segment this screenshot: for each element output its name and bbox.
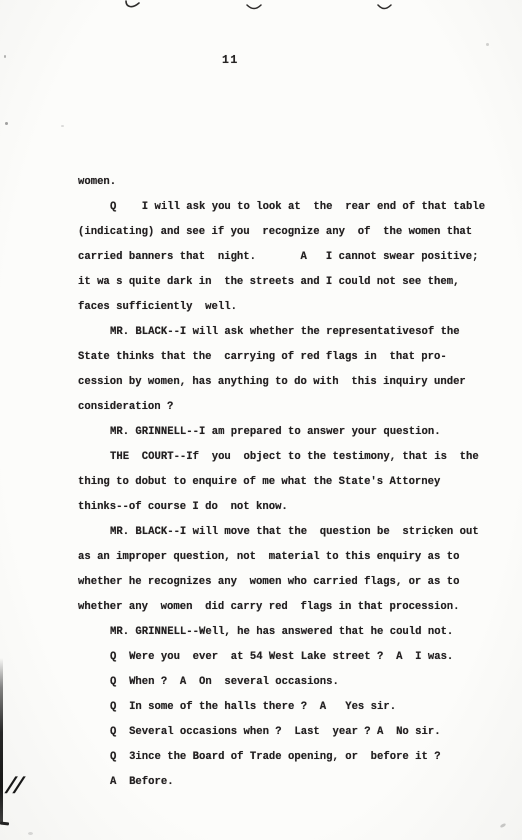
transcript-line: Q Were you ever at 54 West Lake street ?… <box>78 645 485 670</box>
handwritten-tick-icon <box>377 3 393 13</box>
handwritten-tick-icon <box>124 0 141 11</box>
transcript-line: cession by women, has anything to do wit… <box>78 370 485 395</box>
scan-speck <box>486 43 489 46</box>
transcript-line: carried banners that night. A I cannot s… <box>78 245 485 270</box>
transcript-line: MR. GRINNELL--I am prepared to answer yo… <box>78 420 485 445</box>
transcript-line: Q In some of the halls there ? A Yes sir… <box>78 695 485 720</box>
transcript-line: women. <box>78 170 485 195</box>
transcript-line: THE COURT--If you object to the testimon… <box>78 445 485 470</box>
transcript-line: it wa s quite dark in the streets and I … <box>78 270 485 295</box>
transcript-line: MR. BLACK--I will ask whether the repres… <box>78 320 485 345</box>
scan-edge-shadow <box>0 822 9 826</box>
transcript-line: (indicating) and see if you recognize an… <box>78 220 485 245</box>
scan-speck <box>5 122 8 125</box>
transcript-line: Q I will ask you to look at the rear end… <box>78 195 485 220</box>
transcript-line: MR. GRINNELL--Well, he has answered that… <box>78 620 485 645</box>
transcript-line: whether any women did carry red flags in… <box>78 595 485 620</box>
handwritten-slash-mark: // <box>3 776 21 799</box>
transcript-line: Q When ? A On several occasions. <box>78 670 485 695</box>
page-number: 11 <box>222 55 239 67</box>
transcript-line: consideration ? <box>78 395 485 420</box>
transcript-line: MR. BLACK--I will move that the question… <box>78 520 485 545</box>
transcript-line: Q Several occasions when ? Last year ? A… <box>78 720 485 745</box>
scan-speck <box>430 535 432 537</box>
transcript-line: State thinks that the carrying of red fl… <box>78 345 485 370</box>
transcript-line: as an improper question, not material to… <box>78 545 485 570</box>
document-page: 11 women.Q I will ask you to look at the… <box>0 0 522 840</box>
scan-speck <box>4 55 6 58</box>
transcript-line: whether he recognizes any women who carr… <box>78 570 485 595</box>
handwritten-tick-icon <box>246 3 263 13</box>
transcript-line: faces sufficiently well. <box>78 295 485 320</box>
transcript-line: A Before. <box>78 770 485 795</box>
transcript-line: thing to dobut to enquire of me what the… <box>78 470 485 495</box>
transcript-line: thinks--of course I do not know. <box>78 495 485 520</box>
scan-speck <box>28 832 33 835</box>
scan-speck <box>500 823 507 829</box>
transcript-text: women.Q I will ask you to look at the re… <box>78 170 485 795</box>
transcript-line: Q 3ince the Board of Trade opening, or b… <box>78 745 485 770</box>
scan-edge-shadow <box>0 658 3 823</box>
scan-speck <box>61 125 64 127</box>
